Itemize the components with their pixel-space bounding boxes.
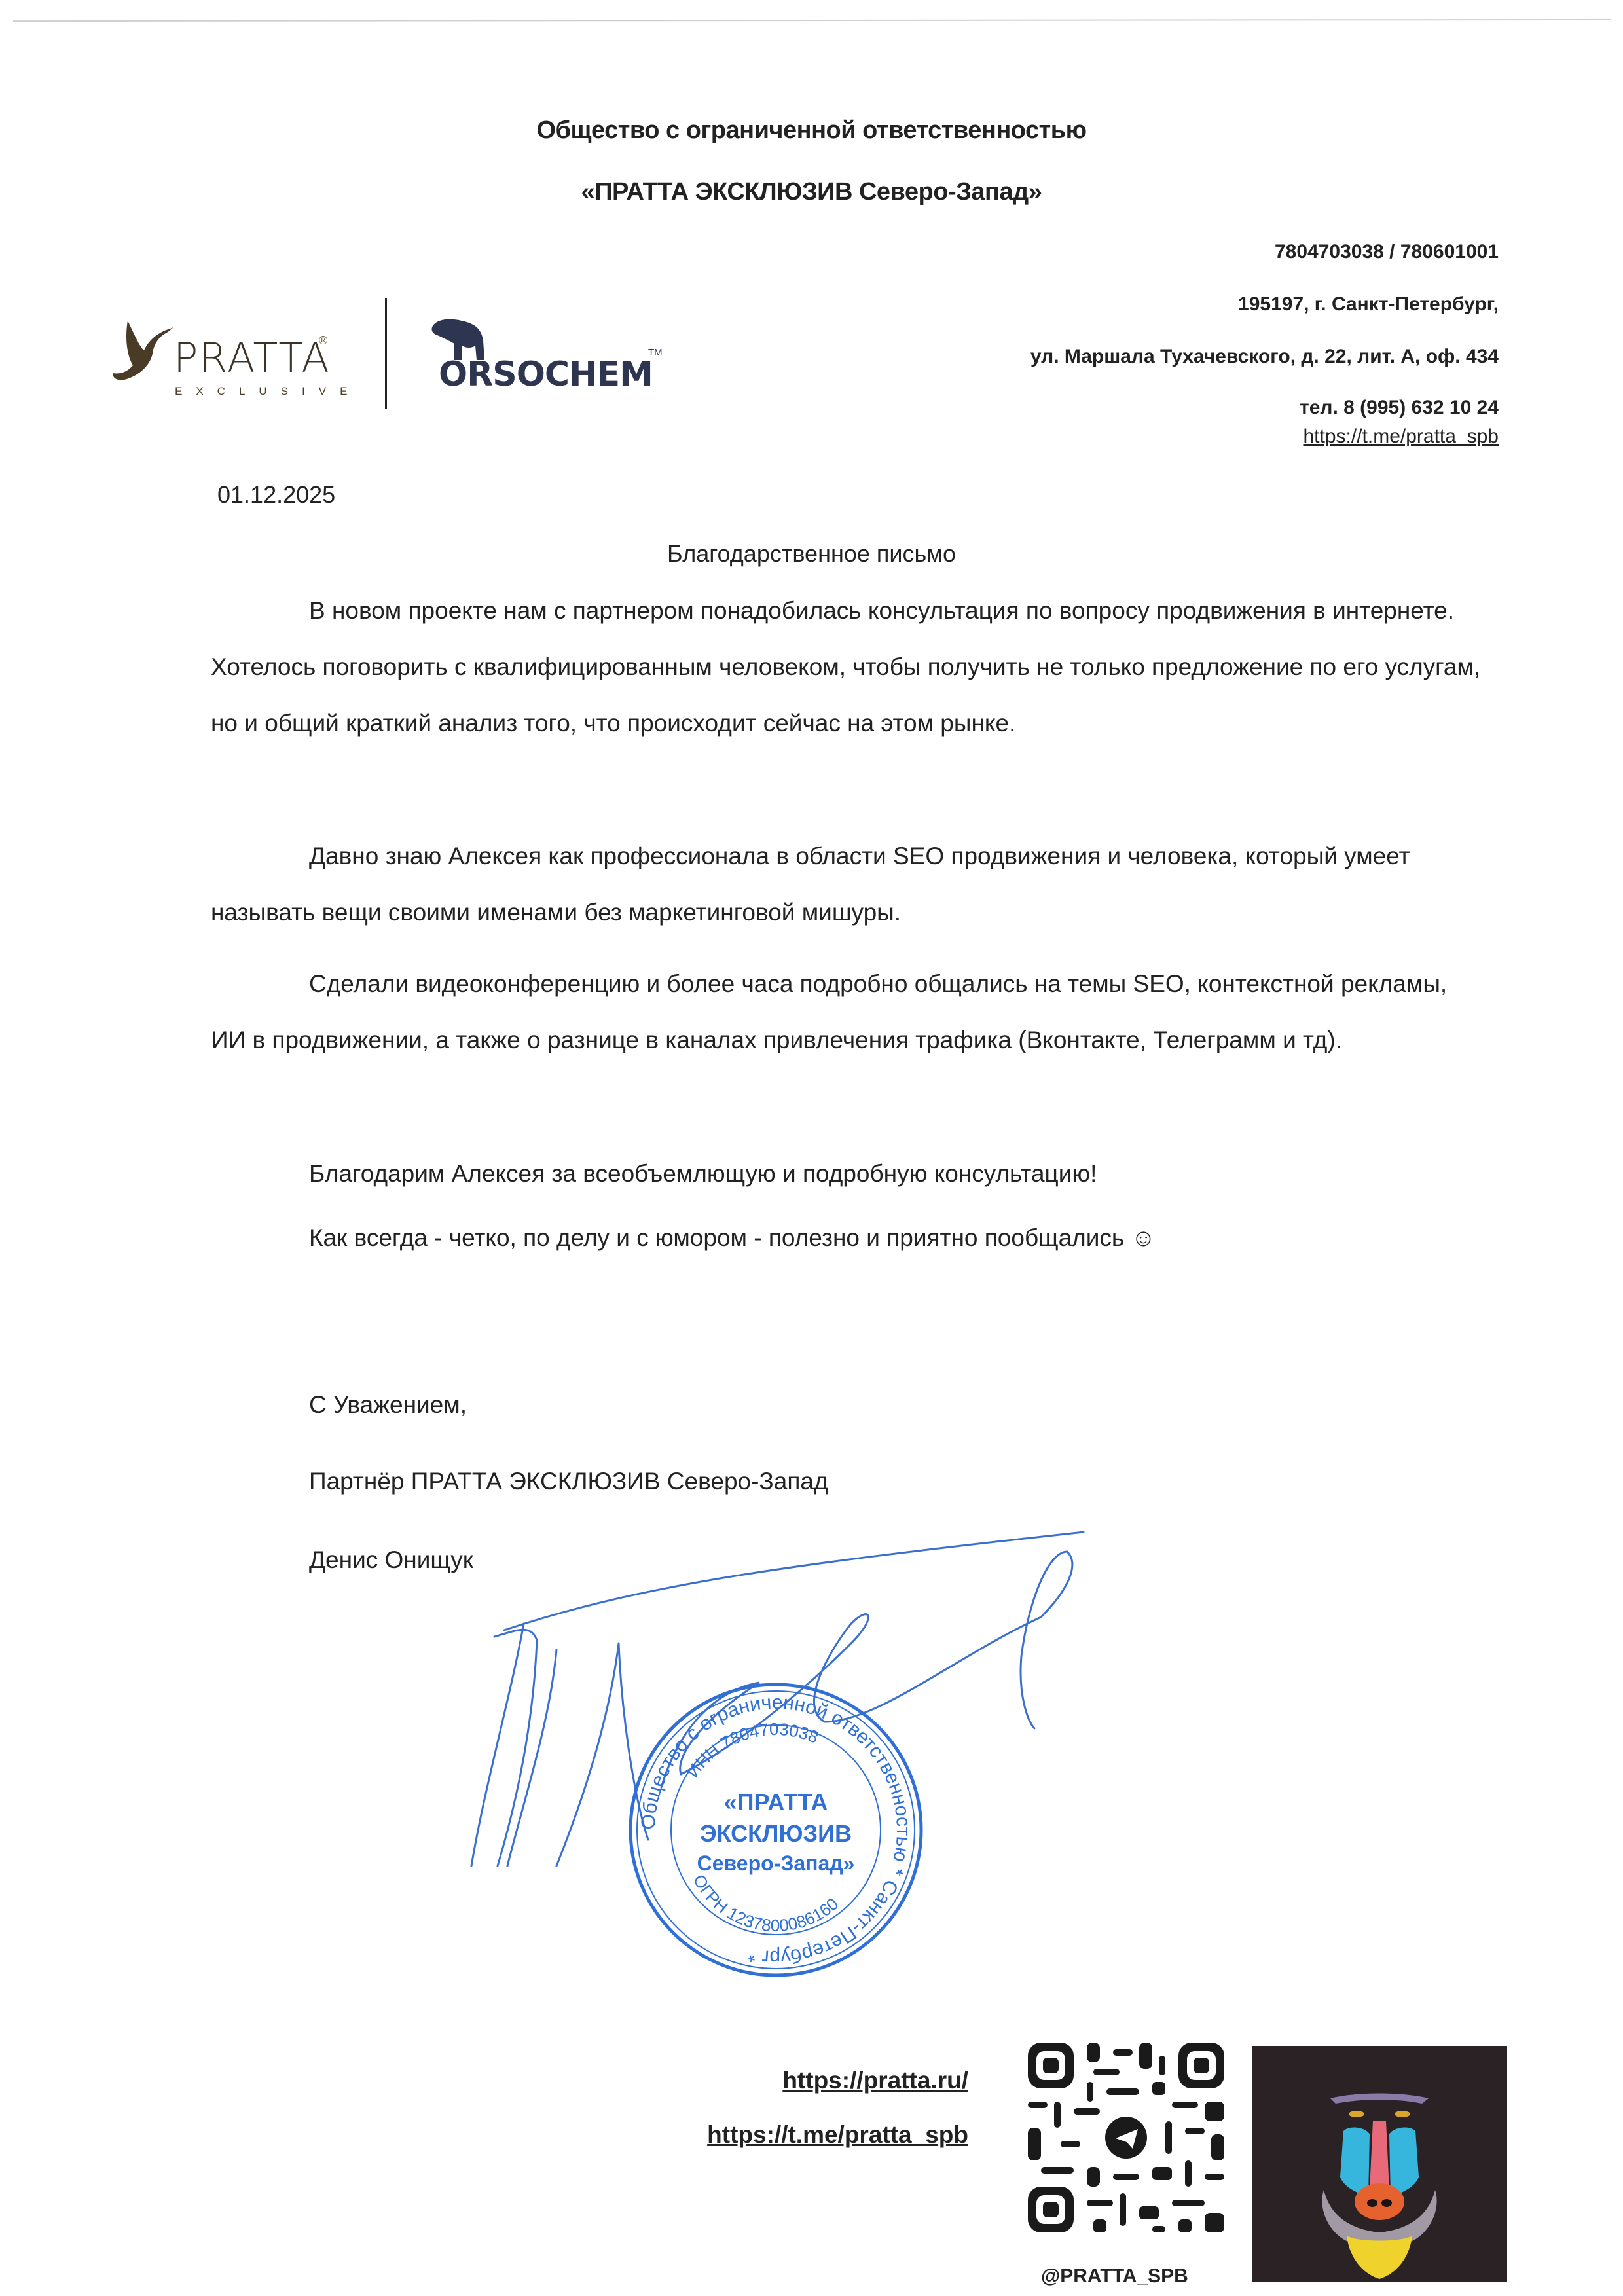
orsochem-logo: ORSOCHEM TM <box>426 314 661 399</box>
closing-line: Как всегда - четко, по делу и с юмором -… <box>309 1224 1156 1252</box>
exclusive-wordmark: EXCLUSIVE <box>175 385 361 398</box>
logo-divider <box>385 298 387 409</box>
paragraph-3: Сделали видеоконференцию и более часа по… <box>211 956 1487 1068</box>
orsochem-wordmark: ORSOCHEM <box>439 355 653 394</box>
address-line-1: 195197, г. Санкт-Петербург, <box>1238 293 1499 316</box>
regards-line: С Уважением, <box>309 1391 467 1419</box>
pratta-wordmark: PRATTA <box>173 334 331 382</box>
signer-name: Денис Онищук <box>309 1546 473 1574</box>
seal-center-3: Северо-Запад» <box>697 1851 855 1875</box>
seal-graphic: Общество с ограниченной ответственностью… <box>625 1679 926 1980</box>
mandrill-illustration <box>1252 2046 1507 2282</box>
letter-title: Благодарственное письмо <box>0 540 1623 568</box>
company-seal: Общество с ограниченной ответственностью… <box>625 1679 926 1980</box>
pratta-exclusive-logo: PRATTA ® EXCLUSIVE <box>108 314 344 406</box>
paragraph-1: В новом проекте нам с партнером понадоби… <box>211 583 1487 752</box>
hummingbird-icon <box>108 314 180 386</box>
telegram-qr-code[interactable] <box>1028 2043 1224 2232</box>
mandrill-face-icon <box>1252 2046 1507 2282</box>
seal-center-1: «ПРАТТА <box>724 1789 828 1815</box>
footer-site-link[interactable]: https://pratta.ru/ <box>782 2067 968 2094</box>
signer-title: Партнёр ПРАТТА ЭКСКЛЮЗИВ Северо-Запад <box>309 1468 828 1495</box>
registered-mark: ® <box>319 334 327 348</box>
phone: тел. 8 (995) 632 10 24 <box>1300 397 1499 419</box>
address-line-2: ул. Маршала Тухачевского, д. 22, лит. А,… <box>1030 346 1499 368</box>
inn-kpp: 7804703038 / 780601001 <box>1275 241 1499 263</box>
org-name-heading: «ПРАТТА ЭКСКЛЮЗИВ Северо-Запад» <box>0 178 1623 206</box>
paragraph-2: Давно знаю Алексея как профессионала в о… <box>211 828 1487 941</box>
thanks-line: Благодарим Алексея за всеобъемлющую и по… <box>309 1160 1097 1188</box>
qr-code-graphic <box>1028 2043 1224 2232</box>
footer-telegram-link[interactable]: https://t.me/pratta_spb <box>707 2121 968 2149</box>
header-telegram-link[interactable]: https://t.me/pratta_spb <box>1304 426 1499 448</box>
qr-handle-label: @PRATTA_SPB <box>1041 2265 1188 2287</box>
scan-edge-line <box>13 19 1611 22</box>
org-type-heading: Общество с ограниченной ответственностью <box>0 117 1623 145</box>
letter-date: 01.12.2025 <box>217 481 335 509</box>
seal-center-2: ЭКСКЛЮЗИВ <box>700 1820 852 1847</box>
trademark-mark: TM <box>648 347 663 358</box>
